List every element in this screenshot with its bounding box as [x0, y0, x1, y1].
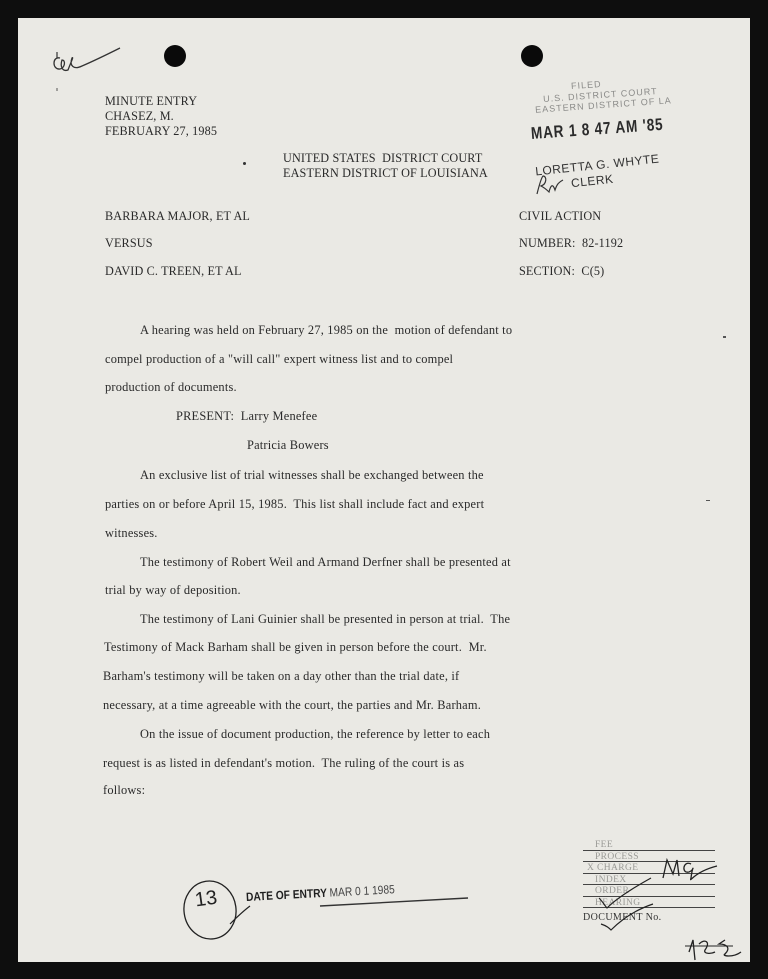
caption-defendant: DAVID C. TREEN, ET AL	[105, 264, 242, 279]
stray-mark	[243, 162, 246, 165]
filed-stamp-datetime: MAR 1 8 47 AM '85	[530, 115, 664, 144]
minute-entry-header: MINUTE ENTRY CHASEZ, M. FEBRUARY 27, 198…	[105, 94, 217, 139]
body-line-2: compel production of a "will call" exper…	[105, 352, 453, 367]
present-name-2: Patricia Bowers	[247, 438, 329, 453]
punch-hole-right	[521, 45, 543, 67]
stray-mark	[706, 500, 710, 501]
punch-hole-left	[164, 45, 186, 67]
caption-section: SECTION: C(5)	[519, 264, 604, 279]
stray-mark	[723, 336, 726, 338]
body-line-8: witnesses.	[105, 526, 158, 541]
header-line-title: MINUTE ENTRY	[105, 94, 217, 109]
clerk-initials-signature	[533, 172, 569, 198]
caption-plaintiff: BARBARA MAJOR, ET AL	[105, 209, 250, 224]
caption-versus: VERSUS	[105, 236, 153, 251]
body-line-14: necessary, at a time agreeable with the …	[103, 698, 481, 713]
body-line-3: production of documents.	[105, 380, 237, 395]
caption-case-number: NUMBER: 82-1192	[519, 236, 623, 251]
present-label: PRESENT: Larry Menefee	[176, 409, 317, 424]
circled-number-mark	[178, 876, 258, 946]
body-line-11: The testimony of Lani Guinier shall be p…	[140, 612, 510, 627]
body-line-6: An exclusive list of trial witnesses sha…	[140, 468, 484, 483]
body-line-17: follows:	[103, 783, 145, 798]
header-line-date: FEBRUARY 27, 1985	[105, 124, 217, 139]
court-name-line2: EASTERN DISTRICT OF LOUISIANA	[283, 166, 488, 181]
docket-handwriting	[593, 848, 743, 963]
circled-number: 13	[194, 887, 219, 913]
date-of-entry-label: DATE OF ENTRY	[246, 886, 327, 904]
document-page: MINUTE ENTRY CHASEZ, M. FEBRUARY 27, 198…	[18, 18, 750, 962]
date-of-entry-underline	[318, 890, 478, 910]
body-line-1: A hearing was held on February 27, 1985 …	[140, 323, 512, 338]
handwritten-initials	[38, 36, 128, 91]
header-line-judge: CHASEZ, M.	[105, 109, 217, 124]
court-name: UNITED STATES DISTRICT COURT EASTERN DIS…	[283, 151, 488, 181]
body-line-9: The testimony of Robert Weil and Armand …	[140, 555, 511, 570]
body-line-12: Testimony of Mack Barham shall be given …	[104, 640, 487, 655]
filed-stamp: FILED U.S. DISTRICT COURT EASTERN DISTRI…	[513, 78, 703, 198]
body-line-7: parties on or before April 15, 1985. Thi…	[105, 497, 484, 512]
court-name-line1: UNITED STATES DISTRICT COURT	[283, 151, 488, 166]
body-line-13: Barham's testimony will be taken on a da…	[103, 669, 459, 684]
body-line-16: request is as listed in defendant's moti…	[103, 756, 464, 771]
filed-stamp-clerk-title: CLERK	[570, 172, 614, 190]
body-line-15: On the issue of document production, the…	[140, 727, 490, 742]
body-line-10: trial by way of deposition.	[105, 583, 241, 598]
caption-civil-action: CIVIL ACTION	[519, 209, 601, 224]
